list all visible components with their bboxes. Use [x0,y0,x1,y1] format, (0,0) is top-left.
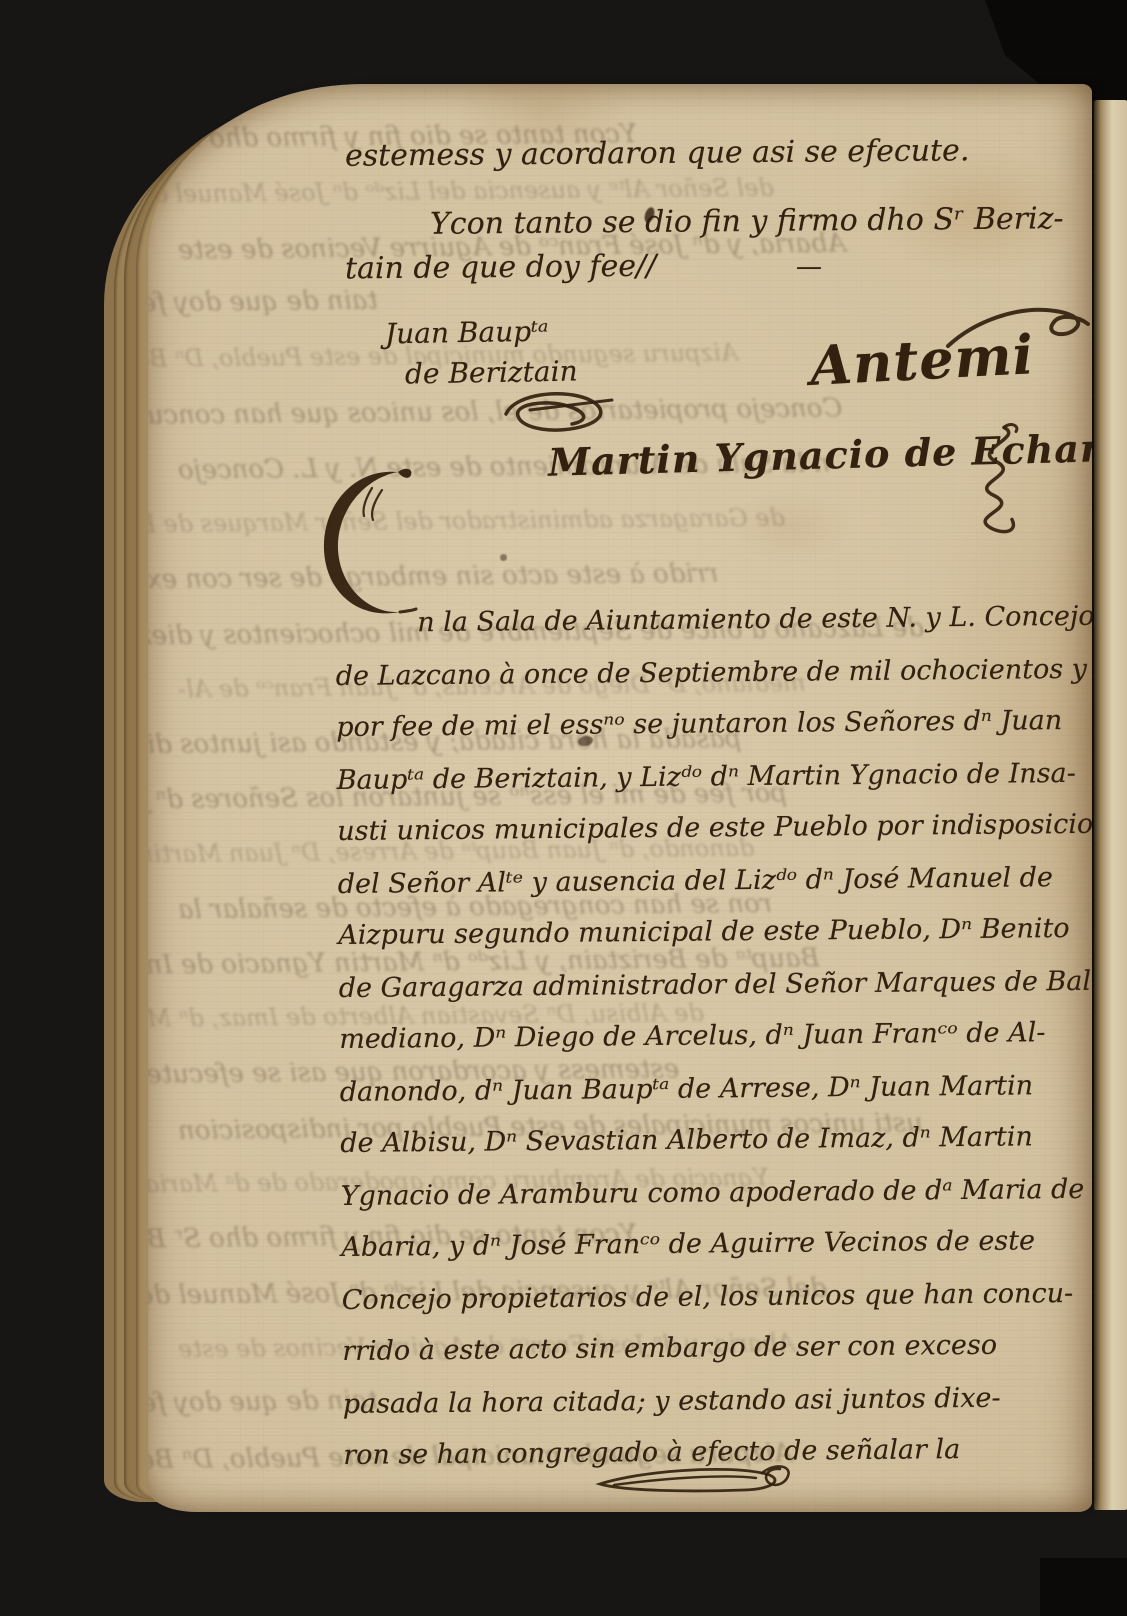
manuscript-line: mediano, Dⁿ Diego de Arcelus, dⁿ Juan Fr… [339,1006,1092,1065]
bleedthrough-line: Concejo propietarios de el, los unicos q… [148,393,842,430]
ink-blot [500,554,507,561]
bleedthrough-line: rrido à este acto sin embargo de ser con… [148,559,719,596]
notary-rubric [948,422,1036,547]
manuscript-line: n la Sala de Aiuntamiento de este N. y L… [335,591,1092,650]
closing-dash: — [796,252,820,282]
bleedthrough-line: de Garagarza administrador del Señor Mar… [148,503,785,538]
bleedthrough-line: del Señor Alᵗᵉ y ausencia del Lizᵈᵒ dⁿ J… [148,174,774,209]
manuscript-line: de Albisu, Dⁿ Sevastian Alberto de Imaz,… [340,1110,1092,1169]
manuscript-line: usti unicos municipales de este Pueblo p… [337,799,1092,858]
closing-line-1: estemess y acordaron que asi se efecute. [345,133,970,173]
manuscript-line: Concejo propietarios de el, los unicos q… [341,1267,1092,1326]
signature-rubric-loop [500,384,615,439]
binding-shadow-bottom-right [1040,1558,1127,1616]
body-lines: n la Sala de Aiuntamiento de este N. y L… [335,591,1092,1482]
manuscript-line: rrido à este acto sin embargo de ser con… [342,1318,1092,1377]
closing-line-3: tain de que doy fee// [345,249,657,287]
manuscript-line: Baupᵗᵃ de Beriztain, y Lizᵈᵒ dⁿ Martin Y… [337,748,1092,807]
manuscript-line: del Señor Alᵗᵉ y ausencia del Lizᵈᵒ dⁿ J… [338,852,1092,911]
manuscript-line: de Lazcano à once de Septiembre de mil o… [336,644,1092,703]
manuscript-line: Ygnacio de Aramburu como apoderado de dᵃ… [341,1163,1092,1222]
manuscript-line: Aizpuru segundo municipal de este Pueblo… [338,902,1092,961]
manuscript-line: Abaria, y dⁿ José Franᶜᵒ de Aguirre Veci… [341,1214,1092,1273]
closing-flourish [596,1462,806,1498]
manuscript-line: de Garagarza administrador del Señor Mar… [339,955,1092,1014]
closing-line-2: Ycon tanto se dio fin y firmo dho Sʳ Ber… [430,201,1064,242]
bleedthrough-line: tain de que doy fee// [148,286,378,319]
manuscript-page: Ycon tanto se dio fin y firmo dho Sʳ Ber… [148,84,1092,1512]
manuscript-line: pasada la hora citada; y estando asi jun… [342,1371,1092,1430]
ante-mi-swash [946,302,1091,350]
photo-background: Ycon tanto se dio fin y firmo dho Sʳ Ber… [0,0,1127,1616]
signature-juan-bautista-line1: Juan Baupᵗᵃ [385,315,549,351]
manuscript-line: por fee de mi el essⁿᵒ se juntaron los S… [336,695,1092,754]
facing-page-sliver [1094,100,1127,1510]
manuscript-line: danondo, dⁿ Juan Baupᵗᵃ de Arrese, Dⁿ Ju… [340,1059,1092,1118]
